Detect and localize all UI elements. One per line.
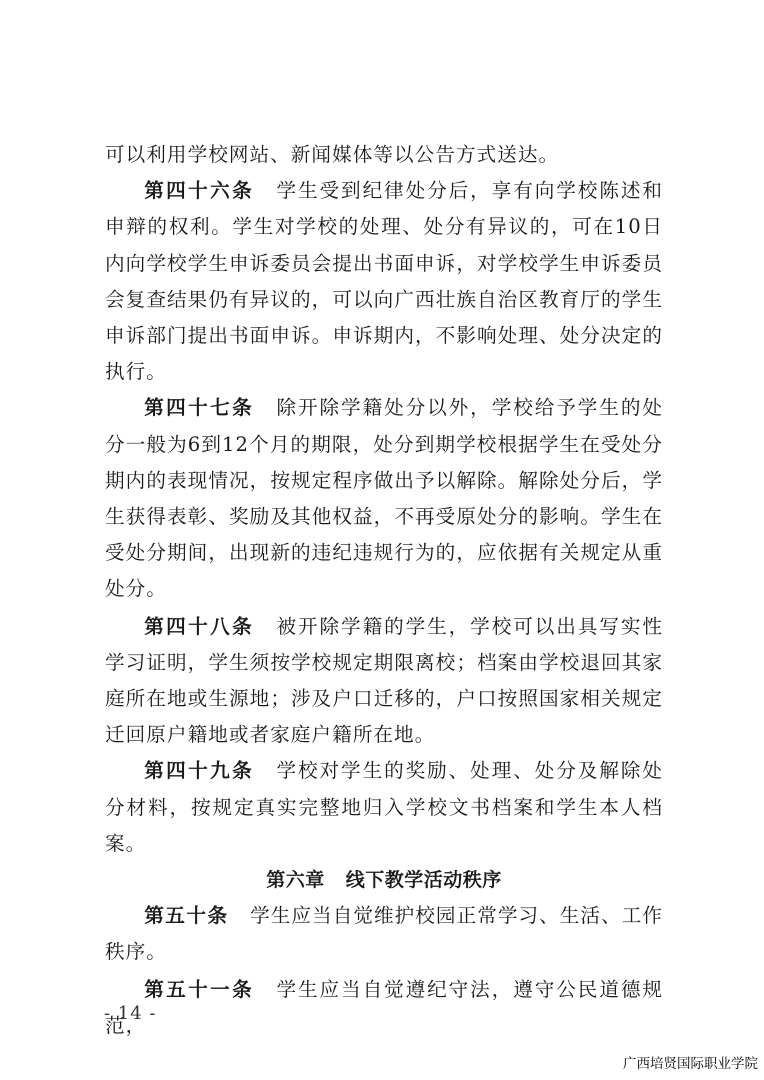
article-46: 第四十六条学生受到纪律处分后，享有向学校陈述和申辩的权利。学生对学校的处理、处分… <box>105 173 663 390</box>
institution-watermark: 广西培贤国际职业学院 <box>623 1052 758 1072</box>
article-47: 第四十七条除开除学籍处分以外，学校给予学生的处分一般为6到12个月的期限，处分到… <box>105 390 663 607</box>
article-number: 第四十七条 <box>144 396 254 419</box>
article-50: 第五十条学生应当自觉维护校园正常学习、生活、工作秩序。 <box>105 898 663 970</box>
chapter-heading: 第六章线下教学活动秩序 <box>105 862 663 898</box>
article-number: 第四十六条 <box>144 179 254 202</box>
document-page: 可以利用学校网站、新闻媒体等以公告方式送达。 第四十六条学生受到纪律处分后，享有… <box>0 0 764 1080</box>
article-number: 第四十九条 <box>144 759 254 782</box>
chapter-title: 线下教学活动秩序 <box>346 869 502 891</box>
lead-line: 可以利用学校网站、新闻媒体等以公告方式送达。 <box>105 137 663 173</box>
article-text: 除开除学籍处分以外，学校给予学生的处分一般为6到12个月的期限，处分到期学校根据… <box>105 396 663 600</box>
chapter-number: 第六章 <box>266 869 325 891</box>
article-number: 第五十一条 <box>144 978 254 1001</box>
article-number: 第四十八条 <box>144 615 254 638</box>
article-48: 第四十八条被开除学籍的学生，学校可以出具写实性学习证明，学生须按学校规定期限离校… <box>105 609 663 754</box>
article-49: 第四十九条学校对学生的奖励、处理、处分及解除处分材料，按规定真实完整地归入学校文… <box>105 753 663 862</box>
page-number: - 14 - <box>104 1003 157 1024</box>
article-text: 学生受到纪律处分后，享有向学校陈述和申辩的权利。学生对学校的处理、处分有异议的，… <box>105 179 663 383</box>
article-number: 第五十条 <box>144 904 228 927</box>
article-51: 第五十一条学生应当自觉遵纪守法，遵守公民道德规范， <box>105 972 663 1044</box>
document-body: 可以利用学校网站、新闻媒体等以公告方式送达。 第四十六条学生受到纪律处分后，享有… <box>105 137 663 1044</box>
